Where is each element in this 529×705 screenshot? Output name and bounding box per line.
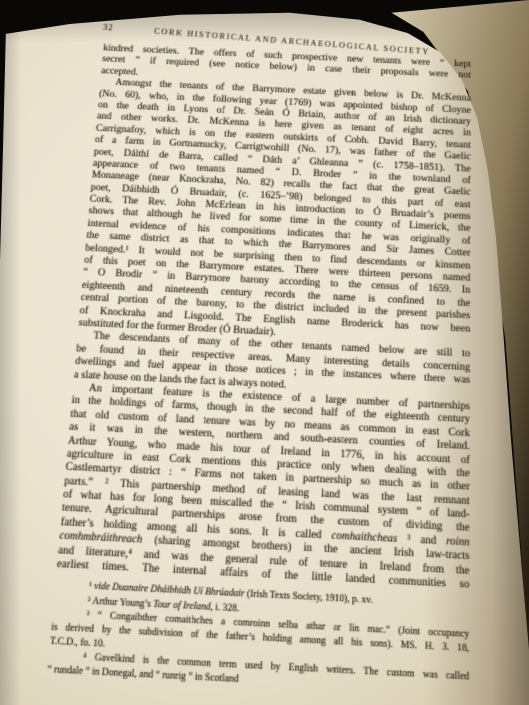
paragraph: An important feature is the existence of… bbox=[56, 381, 470, 592]
page-body-text: kindred societies. The offers of such pr… bbox=[56, 42, 471, 592]
page-text-warp: 32 CORK HISTORICAL AND ARCHAEOLOGICAL SO… bbox=[47, 22, 471, 698]
book-photo: 32 CORK HISTORICAL AND ARCHAEOLOGICAL SO… bbox=[0, 0, 529, 705]
paragraph: Amongst the tenants of the Barrymore est… bbox=[78, 76, 471, 348]
